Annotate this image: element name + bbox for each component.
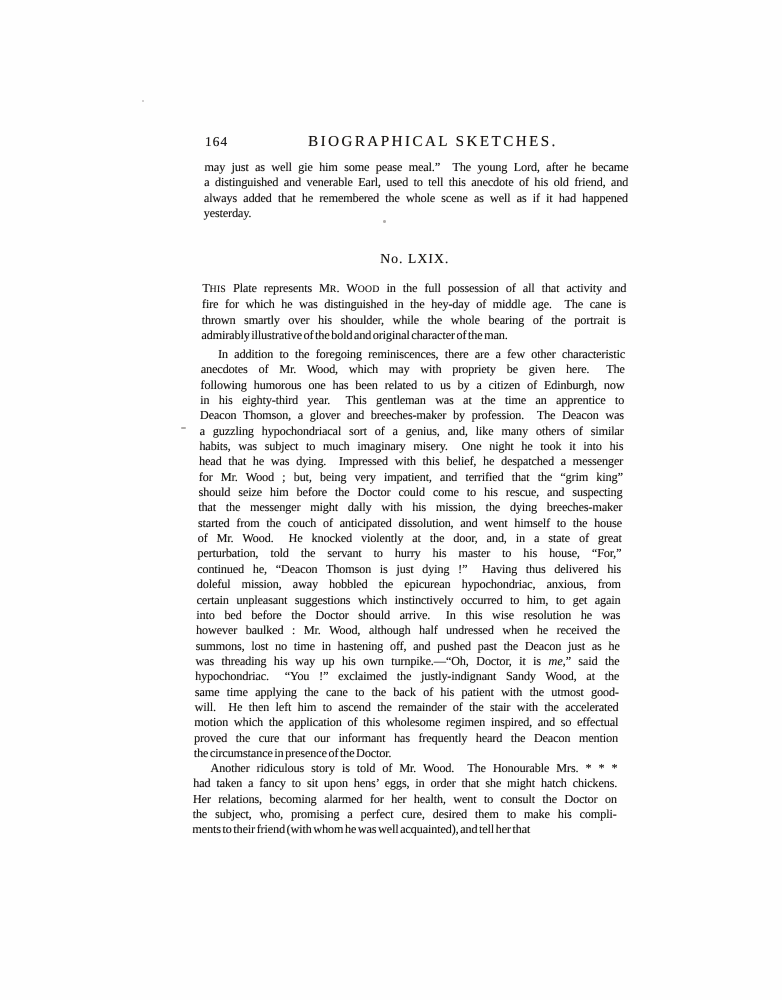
text-line: was threading his way up his own turnpik… (195, 654, 619, 669)
text-line: however baulked : Mr. Wood, although hal… (196, 623, 620, 638)
text-line: doleful mission, away hobbled the epicur… (197, 577, 621, 592)
section-heading: No. LXIX. (203, 251, 627, 267)
text-line: ments to their friend (with whom he was … (192, 822, 616, 837)
text-line: in his eighty-third year. This gentleman… (200, 393, 624, 408)
text-line: always added that he remembered the whol… (204, 191, 628, 206)
text-line: admirably illustrative of the bold and o… (201, 328, 625, 343)
paragraph-hens-eggs-anecdote: Another ridiculous story is told of Mr. … (192, 761, 617, 838)
text-line: Her relations, becoming alarmed for her … (193, 792, 617, 807)
text-line: had taken a fancy to sit upon hens’ eggs… (193, 776, 617, 791)
text-line: Another ridiculous story is told of Mr. … (193, 761, 617, 776)
text-line: head that he was dying. Impressed with t… (199, 454, 623, 469)
text-line: In addition to the foregoing reminiscenc… (201, 347, 625, 362)
text-line: Deacon Thomson, a glover and breeches-ma… (200, 408, 624, 423)
text-line: into bed before the Doctor should arrive… (196, 608, 620, 623)
page-number: 164 (205, 134, 229, 150)
text-line: that the messenger might dally with his … (198, 500, 622, 515)
text-line: the subject, who, promising a perfect cu… (192, 807, 616, 822)
text-line: habits, was subject to much imaginary mi… (199, 439, 623, 454)
text-line: fire for which he was distinguished in t… (202, 297, 626, 312)
scan-speck (383, 220, 386, 223)
text-line: yesterday. (204, 206, 628, 221)
text-line: should seize him before the Doctor could… (198, 485, 622, 500)
text-line: following humorous one has been related … (200, 378, 624, 393)
text-line: motion which the application of this who… (194, 715, 618, 730)
text-line: thrown smartly over his shoulder, while … (202, 313, 626, 328)
text-line: summons, lost no time in hastening off, … (196, 639, 620, 654)
scan-speck (181, 427, 186, 429)
text-line: proved the cure that our informant has f… (194, 731, 618, 746)
text-line: the circumstance in presence of the Doct… (194, 746, 618, 761)
paragraph-deacon-anecdote: In addition to the foregoing reminiscenc… (194, 347, 626, 761)
text-line: started from the couch of anticipated di… (198, 516, 622, 531)
text-line: perturbation, told the servant to hurry … (197, 546, 621, 561)
text-line: may just as well gie him some pease meal… (204, 160, 628, 175)
paragraph-plate-description: THIS Plate represents MR. WOOD in the fu… (201, 281, 626, 343)
text-line: for Mr. Wood ; but, being very impatient… (199, 470, 623, 485)
text-line: certain unpleasant suggestions which ins… (196, 593, 620, 608)
book-page: 164 BIOGRAPHICAL SKETCHES. may just as w… (0, 0, 782, 1000)
text-line: continued he, “Deacon Thomson is just dy… (197, 562, 621, 577)
text-line: a distinguished and venerable Earl, used… (204, 175, 628, 190)
text-line: anecdotes of Mr. Wood, which may with pr… (201, 362, 625, 377)
scan-speck (341, 830, 343, 832)
text-line: a guzzling hypochondriacal sort of a gen… (200, 424, 624, 439)
text-line: same time applying the cane to the back … (195, 685, 619, 700)
text-line: will. He then left him to ascend the rem… (194, 700, 618, 715)
text-column: 164 BIOGRAPHICAL SKETCHES. may just as w… (0, 0, 782, 1000)
text-line: of Mr. Wood. He knocked violently at the… (198, 531, 622, 546)
scan-speck (142, 100, 144, 102)
running-header: BIOGRAPHICAL SKETCHES. (205, 133, 629, 151)
text-line: hypochondriac. “You !” exclaimed the jus… (195, 669, 619, 684)
paragraph-intro: may just as well gie him some pease meal… (204, 160, 629, 221)
text-line: THIS Plate represents MR. WOOD in the fu… (202, 281, 626, 297)
page-header: 164 BIOGRAPHICAL SKETCHES. (205, 133, 629, 151)
